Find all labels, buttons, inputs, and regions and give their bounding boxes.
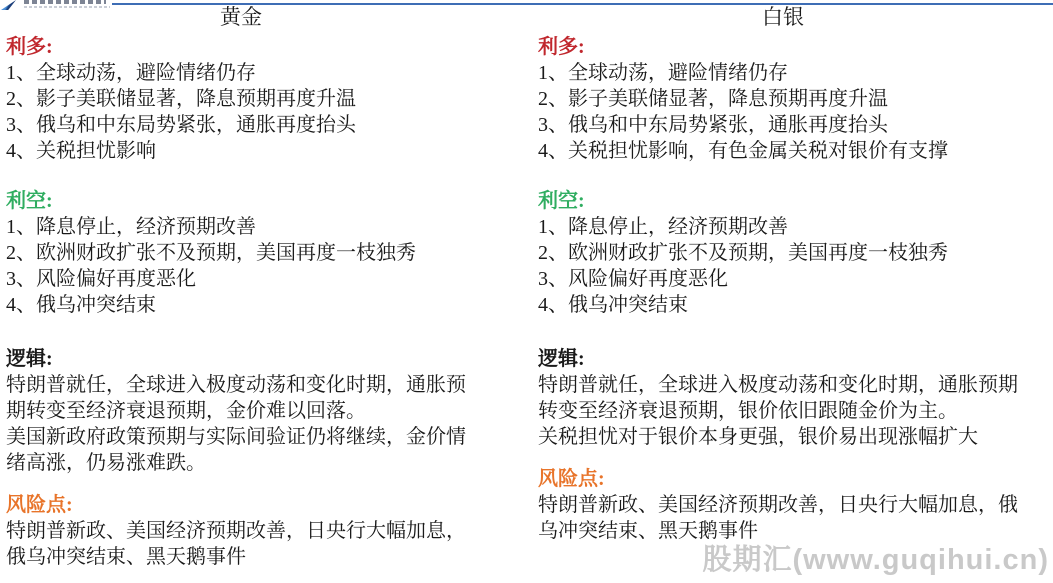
list-item: 1、降息停止，经济预期改善: [538, 214, 1028, 240]
silver-bearish-heading: 利空:: [538, 188, 1028, 214]
list-item: 2、影子美联储显著，降息预期再度升温: [6, 86, 476, 112]
list-item: 1、全球动荡，避险情绪仍存: [6, 60, 476, 86]
list-item: 3、俄乌和中东局势紧张，通胀再度抬头: [6, 112, 476, 138]
gold-logic-heading: 逻辑:: [6, 346, 476, 372]
list-item: 1、降息停止，经济预期改善: [6, 214, 476, 240]
list-item: 2、欧洲财政扩张不及预期，美国再度一枝独秀: [538, 240, 1028, 266]
silver-logic-section: 逻辑: 特朗普就任，全球进入极度动荡和变化时期，通胀预期转变至经济衰退预期，银价…: [538, 346, 1028, 450]
silver-bullish-section: 利多: 1、全球动荡，避险情绪仍存 2、影子美联储显著，降息预期再度升温 3、俄…: [538, 34, 1028, 164]
gold-risk-section: 风险点: 特朗普新政、美国经济预期改善，日央行大幅加息，俄乌冲突结束、黑天鹅事件: [6, 492, 476, 570]
paragraph: 关税担忧对于银价本身更强，银价易出现涨幅扩大: [538, 424, 1028, 450]
gold-column-title: 黄金: [6, 4, 476, 30]
gold-risk-heading: 风险点:: [6, 492, 476, 518]
gold-bearish-section: 利空: 1、降息停止，经济预期改善 2、欧洲财政扩张不及预期，美国再度一枝独秀 …: [6, 188, 476, 318]
silver-bullish-heading: 利多:: [538, 34, 1028, 60]
gold-logic-section: 逻辑: 特朗普就任，全球进入极度动荡和变化时期，通胀预期转变至经济衰退预期，金价…: [6, 346, 476, 476]
list-item: 3、俄乌和中东局势紧张，通胀再度抬头: [538, 112, 1028, 138]
list-item: 2、影子美联储显著，降息预期再度升温: [538, 86, 1028, 112]
list-item: 2、欧洲财政扩张不及预期，美国再度一枝独秀: [6, 240, 476, 266]
paragraph: 特朗普新政、美国经济预期改善，日央行大幅加息，俄乌冲突结束、黑天鹅事件: [538, 492, 1028, 544]
silver-logic-heading: 逻辑:: [538, 346, 1028, 372]
gold-bullish-section: 利多: 1、全球动荡，避险情绪仍存 2、影子美联储显著，降息预期再度升温 3、俄…: [6, 34, 476, 164]
paragraph: 特朗普新政、美国经济预期改善，日央行大幅加息，俄乌冲突结束、黑天鹅事件: [6, 518, 476, 570]
paragraph: 美国新政府政策预期与实际间验证仍将继续，金价情绪高涨，仍易涨难跌。: [6, 424, 476, 476]
gold-bullish-heading: 利多:: [6, 34, 476, 60]
list-item: 1、全球动荡，避险情绪仍存: [538, 60, 1028, 86]
paragraph: 特朗普就任，全球进入极度动荡和变化时期，通胀预期转变至经济衰退预期，银价依旧跟随…: [538, 372, 1028, 424]
silver-bearish-section: 利空: 1、降息停止，经济预期改善 2、欧洲财政扩张不及预期，美国再度一枝独秀 …: [538, 188, 1028, 318]
site-watermark: 股期汇(www.guqihui.cn): [702, 545, 1049, 575]
slide: 黄金 利多: 1、全球动荡，避险情绪仍存 2、影子美联储显著，降息预期再度升温 …: [0, 0, 1053, 583]
list-item: 4、关税担忧影响，有色金属关税对银价有支撑: [538, 138, 1028, 164]
gold-bearish-heading: 利空:: [6, 188, 476, 214]
silver-risk-section: 风险点: 特朗普新政、美国经济预期改善，日央行大幅加息，俄乌冲突结束、黑天鹅事件: [538, 466, 1028, 544]
list-item: 4、俄乌冲突结束: [6, 292, 476, 318]
list-item: 3、风险偏好再度恶化: [538, 266, 1028, 292]
silver-column-title: 白银: [538, 4, 1028, 30]
gold-column: 黄金 利多: 1、全球动荡，避险情绪仍存 2、影子美联储显著，降息预期再度升温 …: [6, 4, 476, 570]
list-item: 4、俄乌冲突结束: [538, 292, 1028, 318]
list-item: 3、风险偏好再度恶化: [6, 266, 476, 292]
paragraph: 特朗普就任，全球进入极度动荡和变化时期，通胀预期转变至经济衰退预期，金价难以回落…: [6, 372, 476, 424]
silver-risk-heading: 风险点:: [538, 466, 1028, 492]
list-item: 4、关税担忧影响: [6, 138, 476, 164]
silver-column: 白银 利多: 1、全球动荡，避险情绪仍存 2、影子美联储显著，降息预期再度升温 …: [538, 4, 1028, 544]
